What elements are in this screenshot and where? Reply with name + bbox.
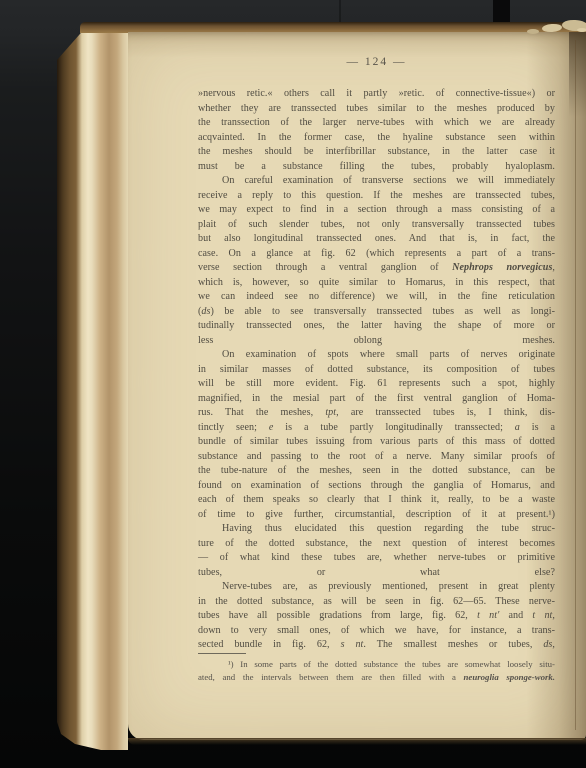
footnote-separator — [198, 653, 246, 654]
text-line: but also longitudinal transsected ones. … — [198, 232, 555, 247]
text-line: tubes, or what else? — [198, 566, 555, 581]
text-line: verse section through a ventral ganglion… — [198, 261, 555, 276]
text-line: down to very small ones, of which we hav… — [198, 624, 555, 639]
text-line: magnified, in the mesial part of the fir… — [198, 392, 555, 407]
text-line: which is, however, so quite similar to H… — [198, 276, 555, 291]
text-line: tinctly seen; e is a tube partly longitu… — [198, 421, 555, 436]
page-stack-fore-edge — [57, 26, 128, 750]
text-line: in similar masses of dotted substance, i… — [198, 363, 555, 378]
text-line: tudinally transsected ones, the latter h… — [198, 319, 555, 334]
text-line: Nerve-tubes are, as previously mentioned… — [198, 580, 555, 595]
text-line: plait of such slender tubes, not only tr… — [198, 218, 555, 233]
scanned-page: — 124 — »nervous retic.« others call it … — [128, 32, 586, 740]
footnote-line: ¹) In some parts of the dotted substance… — [198, 658, 555, 671]
page-damage — [577, 28, 586, 32]
text-line: bundle of similar tubes issuing from var… — [198, 435, 555, 450]
gutter-corner-shadow — [569, 32, 586, 117]
text-line: found on examination of sections through… — [198, 479, 555, 494]
text-line: substance and passing to the root of a n… — [198, 450, 555, 465]
photo-background: — 124 — »nervous retic.« others call it … — [0, 0, 586, 768]
page-crease — [575, 40, 576, 730]
text-line: sected bundle in fig. 62, s nt. The smal… — [198, 638, 555, 653]
text-line: (ds) be able to see transversally transs… — [198, 305, 555, 320]
page-number-header: — 124 — — [198, 56, 555, 68]
text-line: less oblong meshes. — [198, 334, 555, 349]
text-line: On careful examination of transverse sec… — [198, 174, 555, 189]
page-damage — [527, 29, 539, 34]
text-line: the meshes should be interfibrillar subs… — [198, 145, 555, 160]
text-line: of time to give further, circumstantial,… — [198, 508, 555, 523]
text-line: will be still more evident. Fig. 61 repr… — [198, 377, 555, 392]
text-line: Having thus elucidated this question reg… — [198, 522, 555, 537]
text-line: each of them speaks so clearly that I th… — [198, 493, 555, 508]
footnote-line: ated, and the intervals between them are… — [198, 671, 555, 684]
text-line: case. On a glance at fig. 62 (which repr… — [198, 247, 555, 262]
text-line: whether they are transsected tubes simil… — [198, 102, 555, 117]
text-line: must be a substance filling the tubes, p… — [198, 160, 555, 175]
text-line: acqvainted. In the former case, the hyal… — [198, 131, 555, 146]
text-line: receive a reply to this question. If the… — [198, 189, 555, 204]
page-bottom-shadow — [128, 738, 586, 745]
text-line: the tube-nature of the meshes, seen in t… — [198, 464, 555, 479]
body-text: »nervous retic.« others call it partly »… — [198, 87, 555, 653]
text-line: On examination of spots where small part… — [198, 348, 555, 363]
text-line: in the dotted substance, as will be seen… — [198, 595, 555, 610]
text-line: tubes have all possible gradations from … — [198, 609, 555, 624]
text-line: the transsection of the larger nerve-tub… — [198, 116, 555, 131]
text-line: »nervous retic.« others call it partly »… — [198, 87, 555, 102]
text-line: we can indeed see no difference) we will… — [198, 290, 555, 305]
footnote-text: ¹) In some parts of the dotted substance… — [198, 658, 555, 685]
text-line: ture of the dotted substance, the next q… — [198, 537, 555, 552]
book: — 124 — »nervous retic.« others call it … — [57, 22, 586, 755]
text-line: — of what kind these tubes are, whether … — [198, 551, 555, 566]
text-line: we may expect to find in a section throu… — [198, 203, 555, 218]
text-line: rus. That the meshes, tpt, are transsect… — [198, 406, 555, 421]
